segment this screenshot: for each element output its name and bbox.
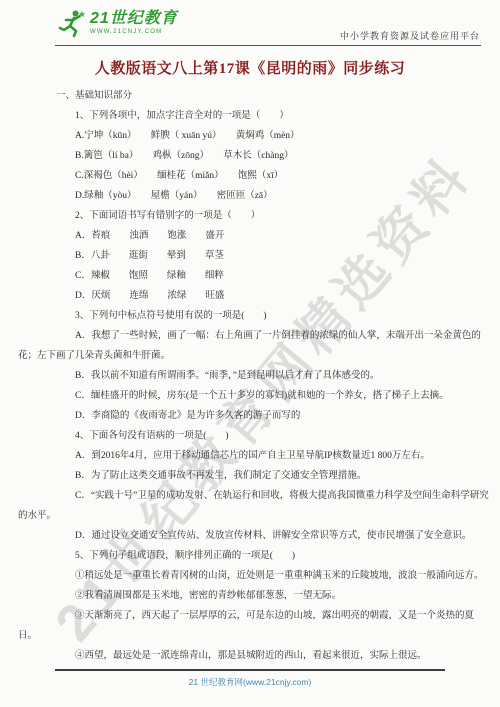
text-line: ②我看清周围都是玉米地，密密的青纱帐郁郁葱葱，一望无际。 (18, 586, 492, 606)
worksheet-page: 21世纪教育网精选资料 21世纪教育 WWW.2 (0, 0, 500, 707)
text-line: A．到2016年4月，应用于移动通信芯片的国产自主卫星导航IP核数量近1 800… (18, 446, 492, 466)
text-line: 2、下面词语书写有错别字的一项是（ ） (18, 206, 492, 226)
text-line: D.绿釉（yòu） 屋檐（yán） 密匝匝（zā） (18, 186, 492, 206)
text-line: A.宁坤（kūn） 鲜腴（ xuān yú） 黄焖鸡（mèn） (18, 126, 492, 146)
text-line: ①稍远处是一重重长着青冈树的山岗，近处则是一重重种满玉米的丘陵坡地，波浪一般涌向… (18, 566, 492, 586)
text-line: ④西望，最远处是一派连绵青山，那是县城附近的西山，看起来很近，实际上很远。 (18, 646, 492, 666)
footer-site-link[interactable]: 21 世纪教育网(www.21cnjy.com) (0, 676, 500, 688)
header-divider (55, 45, 481, 46)
text-line: 一、基础知识部分 (18, 86, 492, 106)
text-line: A．我想了一些时候，画了一幅：右上角画了一片倒挂着的浓绿的仙人掌，末端开出一朵金… (18, 326, 492, 366)
text-line: ③天渐渐亮了，西天起了一层厚厚的云，可是东边的山坡，露出明亮的朝霞，又是一个炎热… (18, 606, 492, 646)
platform-text: 中小学教育资源及试卷应用平台 (340, 29, 480, 42)
document-body: 一、基础知识部分 1、下列各项中，加点字注音全对的一项是（ ） A.宁坤（kūn… (18, 86, 492, 666)
text-line: 3、下列句中标点符号使用有误的一项是( ) (18, 306, 492, 326)
brand-name: 21世纪教育 (90, 11, 178, 27)
text-line: B．为了防止这类交通事故不再发生，我们制定了交通安全管理措施。 (18, 466, 492, 486)
footer-divider (55, 669, 445, 671)
text-line: C．“实践十号”卫星的成功发射、在轨运行和回收，将极大提高我国微重力科学及空间生… (18, 486, 492, 526)
text-line: B．八卦 逛街 晕到 草茎 (18, 246, 492, 266)
text-line: B.篱笆（lí ba） 鸡枞（zōng） 草木长（chàng） (18, 146, 492, 166)
text-line: D．李商隐的《夜雨寄北》是为许多久客的游子而写的 (18, 406, 492, 426)
text-line: A．苔痕 浊酒 饱涨 盛开 (18, 226, 492, 246)
text-line: 4、下面各句没有语病的一项是( ) (18, 426, 492, 446)
brand-logo: 21世纪教育 WWW.21CNJY.COM (57, 8, 178, 38)
text-line: C.深褐色（hèi） 缅桂花（miǎn） 饱熙（xī） (18, 166, 492, 186)
document-title: 人教版语文八上第17课《昆明的雨》同步练习 (0, 57, 500, 78)
text-line: 1、下列各项中，加点字注音全对的一项是（ ） (18, 106, 492, 126)
page-header: 21世纪教育 WWW.21CNJY.COM 中小学教育资源及试卷应用平台 (57, 8, 480, 44)
text-line: D．厌烦 连绵 浓绿 旺盛 (18, 286, 492, 306)
text-line: 5、下列句子组成语段，顺序排列正确的一项是( ) (18, 546, 492, 566)
text-line: D．通过设立交通安全宣传站、发放宣传材料、讲解安全常识等方式，使市民增强了安全意… (18, 526, 492, 546)
brand-url: WWW.21CNJY.COM (90, 29, 178, 35)
text-line: C．辣椒 饱照 绿釉 细粹 (18, 266, 492, 286)
running-figure-icon (57, 8, 87, 38)
text-line: C．缅桂盛开的时候，房东(是一个五十多岁的寡妇)就和她的一个养女，搭了梯子上去摘… (18, 386, 492, 406)
text-line: B．我以前不知道有所谓雨季。“雨季，”是到昆明以后才有了具体感受的。 (18, 366, 492, 386)
